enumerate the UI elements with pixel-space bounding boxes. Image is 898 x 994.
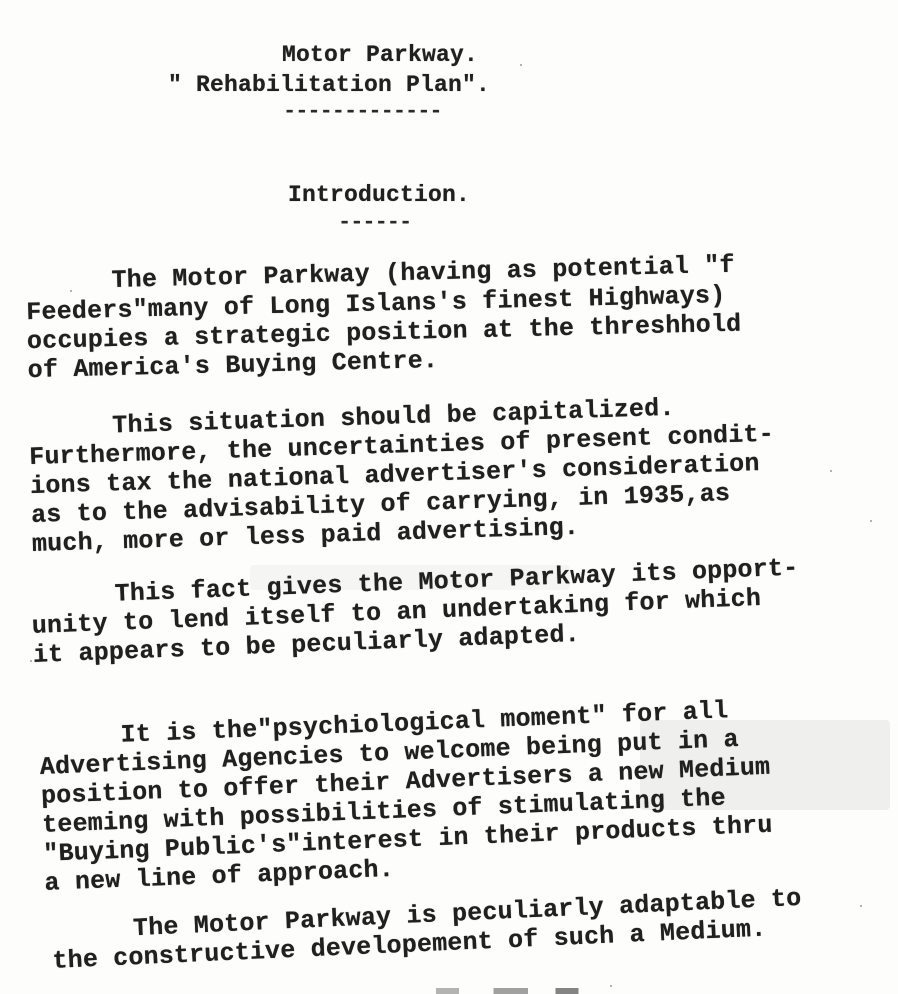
title-underline: ------------- (283, 101, 442, 123)
section-heading-underline: ------ (338, 212, 411, 234)
scanned-document-page: Motor Parkway. " Rehabilitation Plan". -… (0, 0, 898, 994)
paper-speck (610, 985, 612, 987)
paper-speck (520, 64, 522, 66)
paper-speck (870, 520, 872, 522)
paper-speck (830, 470, 832, 472)
paper-speck (70, 290, 72, 292)
document-subtitle: " Rehabilitation Plan". (168, 74, 490, 97)
paper-speck (30, 660, 32, 662)
paper-speck (860, 905, 862, 907)
section-heading: Introduction. (288, 184, 470, 207)
cut-off-text-fragment (390, 988, 620, 994)
document-title: Motor Parkway. (282, 44, 478, 67)
